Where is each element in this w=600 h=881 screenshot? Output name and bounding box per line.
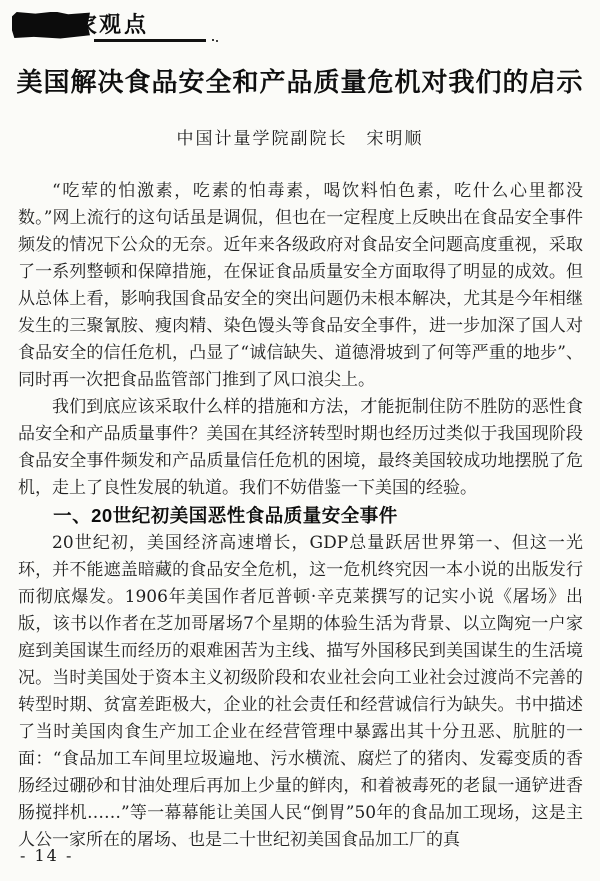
- paragraph-2: 我们到底应该采取什么样的措施和方法，才能扼制住防不胜防的恶性食品安全和产品质量事…: [18, 394, 583, 502]
- banner-underline: [94, 39, 206, 42]
- section-heading: 一、20世纪初美国恶性食品质量安全事件: [18, 502, 583, 530]
- scanned-article-page: 家 观点 美国解决食品安全和产品质量危机对我们的启示 中国计量学院副院长 宋明顺…: [0, 0, 600, 881]
- paragraph-1: “吃荤的怕激素，吃素的怕毒素，喝饮料怕色素，吃什么心里都没数。”网上流行的这句话…: [18, 178, 583, 394]
- article-body: “吃荤的怕激素，吃素的怕毒素，喝饮料怕色素，吃什么心里都没数。”网上流行的这句话…: [18, 178, 583, 854]
- article-title: 美国解决食品安全和产品质量危机对我们的启示: [16, 62, 584, 99]
- banner-label: 观点: [99, 14, 149, 36]
- section-banner: 家 观点: [12, 8, 232, 42]
- article-byline: 中国计量学院副院长 宋明顺: [0, 124, 600, 149]
- banner-ink-block: [12, 12, 90, 39]
- paragraph-3: 20世纪初，美国经济高速增长，GDP总量跃居世界第一、但这一光环，并不能遮盖暗藏…: [18, 530, 583, 854]
- page-number: - 14 -: [20, 846, 73, 865]
